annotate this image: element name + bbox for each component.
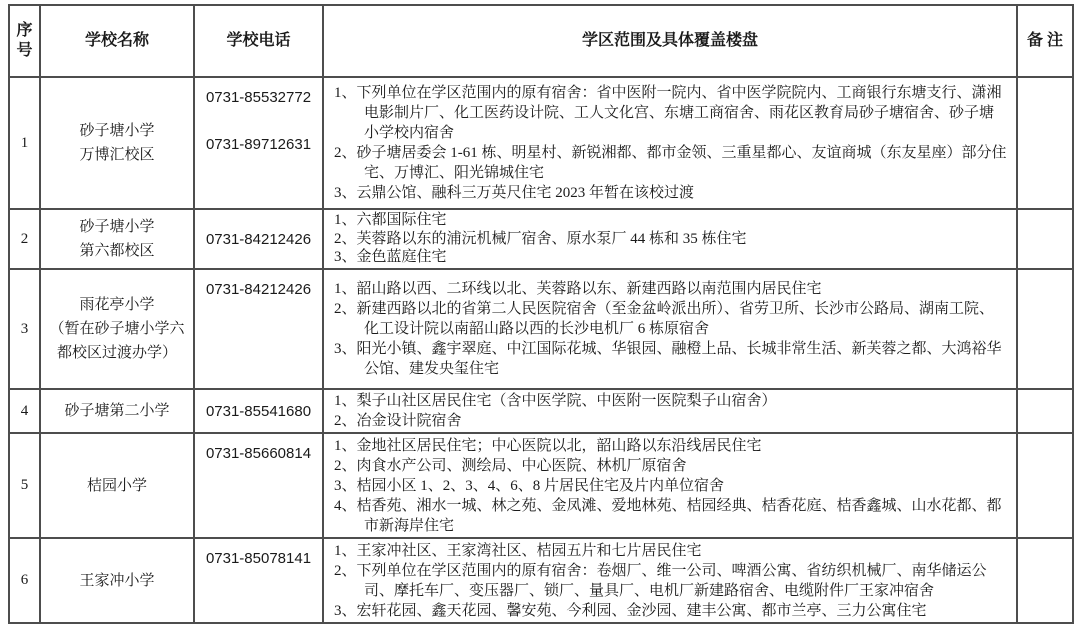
row-4-index: 4 [10, 390, 41, 434]
row-5-phone-cell: 0731-85660814 [195, 434, 324, 539]
row-5-index: 5 [10, 434, 41, 539]
row-5-school-name: 桔园小学 [41, 434, 195, 539]
row-5-remark-cell [1018, 434, 1074, 539]
row-1-remark-cell [1018, 78, 1074, 210]
row-2-remark-cell [1018, 210, 1074, 270]
school-district-table: 序号 学校名称 学校电话 学区范围及具体覆盖楼盘 备 注 1 砂子塘小学 万博汇… [8, 4, 1074, 624]
row-3-district-item-2: 2、新建西路以北的省第二人民医院宿舍（至金盆岭派出所）、省劳卫所、长沙市公路局、… [334, 299, 1008, 339]
row-2-school-name: 砂子塘小学 第六都校区 [41, 210, 195, 270]
row-1-phone-1: 0731-85532772 [206, 89, 311, 106]
row-1-district-item-3: 3、云鼎公馆、融科三万英尺住宅 2023 年暂在该校过渡 [334, 183, 1008, 203]
row-6-district-item-2: 2、下列单位在学区范围内的原有宿舍：卷烟厂、维一公司、啤酒公寓、省纺织机械厂、南… [334, 561, 1008, 601]
row-5-district-item-2: 2、肉食水产公司、测绘局、中心医院、林机厂原宿舍 [334, 456, 1008, 476]
row-5-district-cell: 1、金地社区居民住宅；中心医院以北，韶山路以东沿线居民住宅 2、肉食水产公司、测… [324, 434, 1018, 539]
row-4-district-item-1: 1、梨子山社区居民住宅（含中医学院、中医附一医院梨子山宿舍） [334, 391, 1008, 411]
header-cell-index: 序号 [10, 6, 41, 78]
row-1-district-cell: 1、下列单位在学区范围内的原有宿舍：省中医附一院内、省中医学院院内、工商银行东塘… [324, 78, 1018, 210]
row-4-phone-cell: 0731-85541680 [195, 390, 324, 434]
row-2-phone-cell: 0731-84212426 [195, 210, 324, 270]
row-2-district-item-3: 3、金色蓝庭住宅 [334, 248, 1008, 267]
row-2-phone-1: 0731-84212426 [206, 231, 311, 248]
row-3-district-item-1: 1、韶山路以西、二环线以北、芙蓉路以东、新建西路以南范围内居民住宅 [334, 279, 1008, 299]
row-5-phone-1: 0731-85660814 [206, 445, 311, 462]
row-6-district-item-3: 3、宏轩花园、鑫天花园、馨安苑、今利园、金沙园、建丰公寓、都市兰亭、三力公寓住宅 [334, 601, 1008, 621]
row-1-phone-2: 0731-89712631 [206, 136, 311, 153]
row-3-district-item-3: 3、阳光小镇、鑫宇翠庭、中江国际花城、华银园、融橙上品、长城非常生活、新芙蓉之都… [334, 339, 1008, 379]
header-cell-remark: 备 注 [1018, 6, 1074, 78]
row-6-district-item-1: 1、王家冲社区、王家湾社区、桔园五片和七片居民住宅 [334, 541, 1008, 561]
row-5-district-item-1: 1、金地社区居民住宅；中心医院以北，韶山路以东沿线居民住宅 [334, 436, 1008, 456]
row-6-index: 6 [10, 539, 41, 624]
row-4-district-cell: 1、梨子山社区居民住宅（含中医学院、中医附一医院梨子山宿舍） 2、冶金设计院宿舍 [324, 390, 1018, 434]
row-3-district-cell: 1、韶山路以西、二环线以北、芙蓉路以东、新建西路以南范围内居民住宅 2、新建西路… [324, 270, 1018, 390]
row-6-phone-cell: 0731-85078141 [195, 539, 324, 624]
row-1-phone-cell: 0731-85532772 0731-89712631 [195, 78, 324, 210]
row-4-phone-1: 0731-85541680 [206, 403, 311, 420]
row-3-school-name: 雨花亭小学 （暂在砂子塘小学六 都校区过渡办学） [41, 270, 195, 390]
row-6-remark-cell [1018, 539, 1074, 624]
row-6-district-cell: 1、王家冲社区、王家湾社区、桔园五片和七片居民住宅 2、下列单位在学区范围内的原… [324, 539, 1018, 624]
header-cell-district: 学区范围及具体覆盖楼盘 [324, 6, 1018, 78]
row-3-phone-1: 0731-84212426 [206, 281, 311, 298]
row-2-district-item-2: 2、芙蓉路以东的浦沅机械厂宿舍、原水泵厂 44 栋和 35 栋住宅 [334, 230, 1008, 249]
row-1-school-name: 砂子塘小学 万博汇校区 [41, 78, 195, 210]
row-1-index: 1 [10, 78, 41, 210]
header-cell-phone: 学校电话 [195, 6, 324, 78]
row-2-index: 2 [10, 210, 41, 270]
row-5-district-item-3: 3、桔园小区 1、2、3、4、6、8 片居民住宅及片内单位宿舍 [334, 476, 1008, 496]
row-2-district-item-1: 1、六都国际住宅 [334, 211, 1008, 230]
row-1-district-item-2: 2、砂子塘居委会 1-61 栋、明星村、新锐湘都、都市金领、三重星都心、友谊商城… [334, 143, 1008, 183]
row-6-school-name: 王家冲小学 [41, 539, 195, 624]
row-3-remark-cell [1018, 270, 1074, 390]
row-6-phone-1: 0731-85078141 [206, 550, 311, 567]
header-cell-school: 学校名称 [41, 6, 195, 78]
row-2-district-cell: 1、六都国际住宅 2、芙蓉路以东的浦沅机械厂宿舍、原水泵厂 44 栋和 35 栋… [324, 210, 1018, 270]
row-3-index: 3 [10, 270, 41, 390]
row-5-district-item-4: 4、桔香苑、湘水一城、林之苑、金凤滩、爱地林苑、桔园经典、桔香花庭、桔香鑫城、山… [334, 496, 1008, 536]
row-1-district-item-1: 1、下列单位在学区范围内的原有宿舍：省中医附一院内、省中医学院院内、工商银行东塘… [334, 83, 1008, 143]
row-3-phone-cell: 0731-84212426 [195, 270, 324, 390]
row-4-remark-cell [1018, 390, 1074, 434]
row-4-school-name: 砂子塘第二小学 [41, 390, 195, 434]
row-4-district-item-2: 2、冶金设计院宿舍 [334, 411, 1008, 431]
